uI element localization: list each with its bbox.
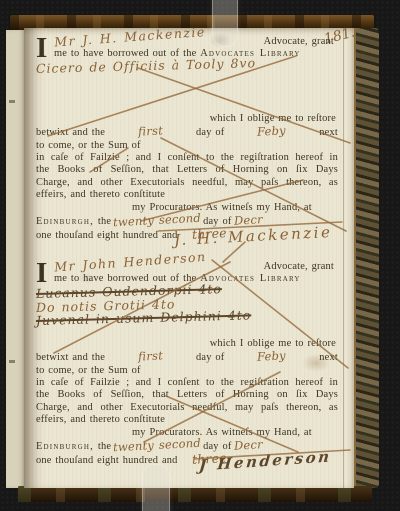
edinburgh-label: Edinburgh, [36,216,94,228]
failzie-line: effeirs, and thereto conſtitute [36,414,338,426]
drop-cap: I [36,260,48,286]
signed-day: twenty second [113,437,201,454]
margin-rule [343,28,344,488]
the-label: the [98,216,111,228]
the-label: the [98,441,111,453]
book-titles: Lucanus Oudendorpii 4to Do notis Grotii … [36,286,338,338]
failzie-line: Charge, and other Executorials needful, … [36,177,338,189]
next-label: next [319,127,338,139]
signed-month: Decr [233,438,262,452]
restore-line: which I oblige me to reſtore [36,338,338,350]
borrow-entry-1: I Mr J. H. Mackenzie Advocate, grant me … [36,31,338,243]
restore-line: which I oblige me to reſtore [36,113,338,125]
failzie-line: effeirs, and thereto conſtitute [36,189,338,201]
return-date-row: betwixt and the first day of Feby next [36,125,338,139]
betwixt-label: betwixt and the [36,127,105,139]
return-month: Feby [257,349,286,363]
return-month: Feby [257,124,286,138]
signed-day: twenty second [113,212,201,229]
betwixt-label: betwixt and the [36,352,105,364]
to-come-line: to come, or the Sum of [36,365,338,377]
return-date-row: betwixt and the first day of Feby next [36,350,338,364]
photographed-book: 181. I Mr J. H. Mackenzie Advocate, gran… [0,0,400,511]
bottom-edge-wear [18,486,372,502]
page-edge-mark [9,360,15,363]
day-of-label: day of [196,127,224,139]
failzie-line: Charge, and other Executorials needful, … [36,402,338,414]
year-line: one thouſand eight hundred and [36,230,178,241]
failzie-line: the Books of Seſſion, that Letters of Ho… [36,389,338,401]
day-of-label: day of [196,352,224,364]
book-strap-top [212,0,238,47]
to-come-line: to come, or the Sum of [36,140,338,152]
book-strap-bottom [142,464,170,511]
return-day: first [138,350,164,364]
signed-month: Decr [233,213,262,227]
failzie-line: the Books of Seſſion, that Letters of Ho… [36,164,338,176]
book-bottom-edge [18,486,372,502]
edinburgh-label: Edinburgh, [36,441,94,453]
failzie-line: in caſe of Failzie ; and I conſent to th… [36,152,338,164]
book-titles: Cicero de Officiis à Tooly 8vo [36,61,338,113]
borrow-entry-2: I Mr John Henderson Advocate, grant me t… [36,256,338,468]
next-label: next [319,352,338,364]
register-page: 181. I Mr J. H. Mackenzie Advocate, gran… [24,28,354,488]
facing-page-edge [6,30,26,488]
failzie-line: in caſe of Failzie ; and I conſent to th… [36,377,338,389]
return-day: first [138,125,164,139]
drop-cap: I [36,35,48,61]
marbled-page-edges [354,28,379,488]
page-edge-mark [9,100,15,103]
borrower-signature: J. H. Mackenzie [173,226,332,247]
